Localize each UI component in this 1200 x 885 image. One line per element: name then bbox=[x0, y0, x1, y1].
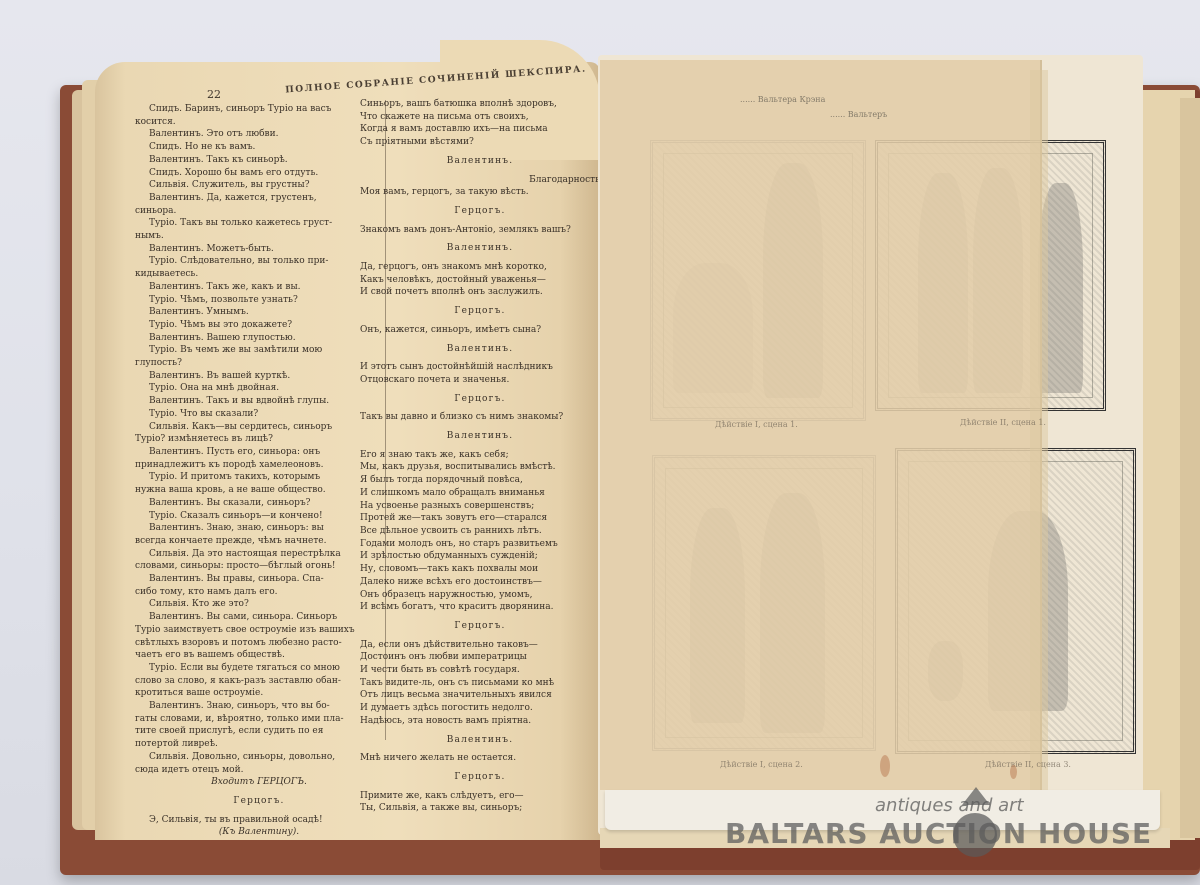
verse-line: Далеко ниже всѣхъ его достоинствъ— bbox=[360, 576, 600, 589]
speaker-heading: Герцогъ. bbox=[135, 795, 383, 808]
dialogue-line: Туріо. И притомъ такихъ, которымъ bbox=[135, 471, 383, 484]
plate-title-line-2: ...... Вальтеръ bbox=[830, 110, 887, 119]
dialogue-line: Туріо. Если вы будете тягаться со мною bbox=[135, 662, 383, 675]
dialogue-continuation: нымъ. bbox=[135, 230, 383, 243]
verse-line: Синьоръ, вашъ батюшка вполнѣ здоровъ, bbox=[360, 98, 600, 111]
dialogue-continuation: гаты словами, и, вѣроятно, только ими пл… bbox=[135, 713, 383, 726]
speaker-heading: Герцогъ. bbox=[360, 305, 600, 318]
dialogue-line: Сильвія. Да это настоящая перестрѣлка bbox=[135, 548, 383, 561]
page-number: 22 bbox=[207, 88, 221, 101]
dialogue-line: Валентинъ. Въ вашей курткѣ. bbox=[135, 370, 383, 383]
watermark-tagline: antiques and art bbox=[875, 795, 1024, 816]
dialogue-line: Валентинъ. Такъ къ синьорѣ. bbox=[135, 154, 383, 167]
verse-line: Мнѣ ничего желать не остается. bbox=[360, 752, 600, 765]
verse-line: Все дѣльное усвоить съ раннихъ лѣтъ. bbox=[360, 525, 600, 538]
dialogue-continuation: всегда кончаете прежде, чѣмъ начнете. bbox=[135, 535, 383, 548]
plate-caption-4: Дѣйствіе II, сцена 3. bbox=[985, 760, 1071, 769]
dialogue-continuation: Туріо? измѣняетесь въ лицѣ? bbox=[135, 433, 383, 446]
verse-line: Да, если онъ дѣйствительно таковъ— bbox=[360, 639, 600, 652]
dialogue-continuation: сюда идетъ отецъ мой. bbox=[135, 764, 383, 777]
verse-line: Годами молодъ онъ, но старъ развитьемъ bbox=[360, 538, 600, 551]
verse-line: Онъ образецъ наружностью, умомъ, bbox=[360, 589, 600, 602]
stage-direction: (Къ Валентину). bbox=[135, 826, 383, 839]
dialogue-continuation: нужна ваша кровь, а не ваше общество. bbox=[135, 484, 383, 497]
dialogue-line: Валентинъ. Вы сказали, синьоръ? bbox=[135, 497, 383, 510]
dialogue-line: Туріо. Сказалъ синьоръ—и кончено! bbox=[135, 510, 383, 523]
verse-line: И всѣмъ богатъ, что краситъ дворянина. bbox=[360, 601, 600, 614]
verse-line: Такъ вы давно и близко съ нимъ знакомы? bbox=[360, 411, 600, 424]
text-column-right: Синьоръ, вашъ батюшка вполнѣ здоровъ,Что… bbox=[360, 98, 600, 815]
verse-line: Знакомъ вамъ донъ-Антоніо, землякъ вашъ? bbox=[360, 224, 600, 237]
stage-direction: Входитъ ГЕРЦОГЪ. bbox=[135, 776, 383, 789]
dialogue-line: Валентинъ. Это отъ любви. bbox=[135, 128, 383, 141]
verse-line: И свой почетъ вполнѣ онъ заслужилъ. bbox=[360, 286, 600, 299]
dialogue-line: Сильвія. Кто же это? bbox=[135, 598, 383, 611]
dialogue-line: Туріо. Что вы сказали? bbox=[135, 408, 383, 421]
verse-line: Достоинъ онъ любви императрицы bbox=[360, 651, 600, 664]
dialogue-continuation: потертой ливреѣ. bbox=[135, 738, 383, 751]
dialogue-continuation: свѣтлыхъ взоровъ и потомъ любезно расто- bbox=[135, 637, 383, 650]
verse-line: Надѣюсь, эта новость вамъ пріятна. bbox=[360, 715, 600, 728]
watermark-brand: BALTARS AUCTION HOUSE bbox=[725, 817, 1152, 850]
dialogue-line: Туріо. Слѣдовательно, вы только при- bbox=[135, 255, 383, 268]
verse-line: Благодарность bbox=[360, 174, 600, 187]
dialogue-line: Валентинъ. Вашею глупостью. bbox=[135, 332, 383, 345]
dialogue-line: Валентинъ. Такъ и вы вдвойнѣ глупы. bbox=[135, 395, 383, 408]
dialogue-line: Туріо. Чѣмъ вы это докажете? bbox=[135, 319, 383, 332]
dialogue-line: Туріо. Такъ вы только кажетесь груст- bbox=[135, 217, 383, 230]
dialogue-continuation: сибо тому, кто намъ далъ его. bbox=[135, 586, 383, 599]
dialogue-line: Валентинъ. Пусть его, синьора: онъ bbox=[135, 446, 383, 459]
dialogue-line: Сильвія. Служитель, вы грустны? bbox=[135, 179, 383, 192]
verse-line: И слишкомъ мало обращалъ вниманья bbox=[360, 487, 600, 500]
verse-line: На усвоенье разныхъ совершенствъ; bbox=[360, 500, 600, 513]
dialogue-continuation: слово за слово, я какъ-разъ заставлю оба… bbox=[135, 675, 383, 688]
verse-line: И чести быть въ совѣтѣ государя. bbox=[360, 664, 600, 677]
verse-line: Онъ, кажется, синьоръ, имѣетъ сына? bbox=[360, 324, 600, 337]
speaker-heading: Герцогъ. bbox=[360, 620, 600, 633]
verse-line: Его я знаю такъ же, какъ себя; bbox=[360, 449, 600, 462]
dialogue-line: Валентинъ. Знаю, синьоръ, что вы бо- bbox=[135, 700, 383, 713]
plate-caption-2: Дѣйствіе II, сцена 1. bbox=[960, 418, 1046, 427]
dialogue-line: Спидъ. Баринъ, синьоръ Туріо на васъ bbox=[135, 103, 383, 116]
verse-line: И этотъ сынъ достойнѣйшій наслѣдникъ bbox=[360, 361, 600, 374]
text-column-left: Спидъ. Баринъ, синьоръ Туріо на васъкоси… bbox=[135, 103, 383, 839]
foxing-stain bbox=[880, 755, 890, 777]
speaker-heading: Валентинъ. bbox=[360, 155, 600, 168]
speaker-heading: Герцогъ. bbox=[360, 393, 600, 406]
foxing-stain bbox=[1010, 765, 1017, 779]
verse-line: Когда я вамъ доставлю ихъ—на письма bbox=[360, 123, 600, 136]
dialogue-line: Э, Сильвія, ты въ правильной осадѣ! bbox=[135, 814, 383, 827]
verse-line: Съ пріятными вѣстями? bbox=[360, 136, 600, 149]
speaker-heading: Валентинъ. bbox=[360, 242, 600, 255]
dialogue-continuation: Туріо заимствуетъ свое остроуміе изъ ваш… bbox=[135, 624, 383, 637]
verse-line: Отцовскаго почета и значенья. bbox=[360, 374, 600, 387]
dialogue-line: Туріо. Она на мнѣ двойная. bbox=[135, 382, 383, 395]
speaker-heading: Валентинъ. bbox=[360, 343, 600, 356]
dialogue-line: Сильвія. Довольно, синьоры, довольно, bbox=[135, 751, 383, 764]
dialogue-continuation: кидываетесь. bbox=[135, 268, 383, 281]
dialogue-continuation: глупость? bbox=[135, 357, 383, 370]
auction-watermark: antiques and art BALTARS AUCTION HOUSE bbox=[725, 795, 1125, 865]
dialogue-line: Валентинъ. Можетъ-быть. bbox=[135, 243, 383, 256]
back-pages-edge bbox=[1180, 98, 1200, 838]
dialogue-line: Валентинъ. Умнымъ. bbox=[135, 306, 383, 319]
dialogue-continuation: тите своей прислугѣ, если судить по ея bbox=[135, 725, 383, 738]
speaker-heading: Герцогъ. bbox=[360, 771, 600, 784]
speaker-heading: Герцогъ. bbox=[360, 205, 600, 218]
verse-line: Ну, словомъ—такъ какъ похвалы мои bbox=[360, 563, 600, 576]
verse-line: Отъ лицъ весьма значительныхъ явился bbox=[360, 689, 600, 702]
dialogue-line: Валентинъ. Вы правы, синьора. Спа- bbox=[135, 573, 383, 586]
dialogue-line: Валентинъ. Знаю, знаю, синьоръ: вы bbox=[135, 522, 383, 535]
dialogue-continuation: чаетъ его въ вашемъ обществѣ. bbox=[135, 649, 383, 662]
verse-line: Такъ видите-ль, онъ съ письмами ко мнѣ bbox=[360, 677, 600, 690]
verse-line: Примите же, какъ слѣдуетъ, его— bbox=[360, 790, 600, 803]
plate-title-line-1: ...... Вальтера Крэна bbox=[740, 95, 825, 104]
verse-line: Моя вамъ, герцогъ, за такую вѣсть. bbox=[360, 186, 600, 199]
dialogue-continuation: синьора. bbox=[135, 205, 383, 218]
dialogue-line: Валентинъ. Такъ же, какъ и вы. bbox=[135, 281, 383, 294]
verse-line: Протей же—такъ зовутъ его—старался bbox=[360, 512, 600, 525]
speaker-heading: Валентинъ. bbox=[360, 734, 600, 747]
dialogue-continuation: косится. bbox=[135, 116, 383, 129]
verse-line: Какъ человѣкъ, достойный уваженья— bbox=[360, 274, 600, 287]
speaker-heading: Валентинъ. bbox=[360, 430, 600, 443]
tissue-edge bbox=[1030, 70, 1048, 790]
plate-caption-3: Дѣйствіе I, сцена 2. bbox=[720, 760, 803, 769]
dialogue-line: Туріо. Въ чемъ же вы замѣтили мою bbox=[135, 344, 383, 357]
dialogue-continuation: словами, синьоры: просто—бѣглый огонь! bbox=[135, 560, 383, 573]
dialogue-continuation: кротиться ваше остроуміе. bbox=[135, 687, 383, 700]
verse-line: Что скажете на письма отъ своихъ, bbox=[360, 111, 600, 124]
dialogue-line: Сильвія. Какъ—вы сердитесь, синьоръ bbox=[135, 421, 383, 434]
dialogue-line: Спидъ. Хорошо бы вамъ его отдуть. bbox=[135, 167, 383, 180]
dialogue-line: Валентинъ. Да, кажется, грустенъ, bbox=[135, 192, 383, 205]
verse-line: Да, герцогъ, онъ знакомъ мнѣ коротко, bbox=[360, 261, 600, 274]
dialogue-line: Спидъ. Но не къ вамъ. bbox=[135, 141, 383, 154]
verse-line: И зрѣлостью обдуманныхъ сужденій; bbox=[360, 550, 600, 563]
verse-line: И думаетъ здѣсь погостить недолго. bbox=[360, 702, 600, 715]
verse-line: Мы, какъ друзья, воспитывались вмѣстѣ. bbox=[360, 461, 600, 474]
verse-line: Ты, Сильвія, а также вы, синьоръ; bbox=[360, 802, 600, 815]
dialogue-continuation: принадлежитъ къ породѣ хамелеоновъ. bbox=[135, 459, 383, 472]
dialogue-line: Валентинъ. Вы сами, синьора. Синьоръ bbox=[135, 611, 383, 624]
dialogue-line: Туріо. Чѣмъ, позвольте узнать? bbox=[135, 294, 383, 307]
plate-caption-1: Дѣйствіе I, сцена 1. bbox=[715, 420, 798, 429]
verse-line: Я былъ тогда порядочный повѣса, bbox=[360, 474, 600, 487]
